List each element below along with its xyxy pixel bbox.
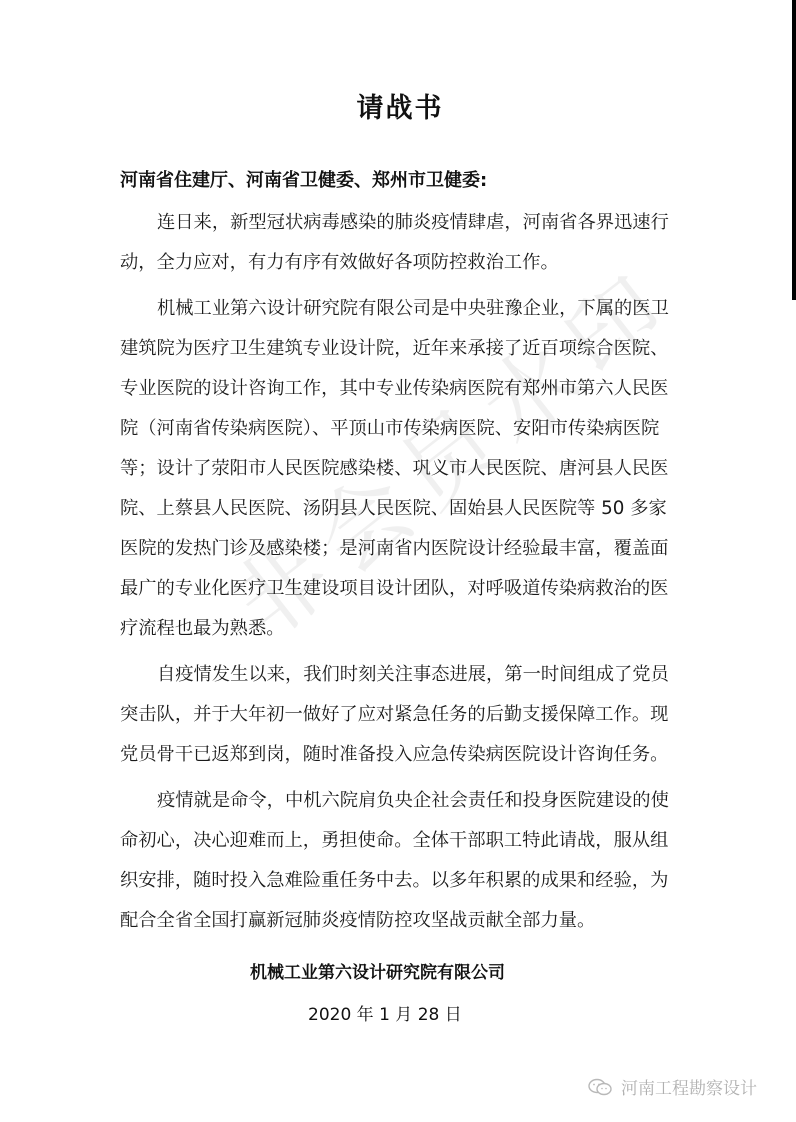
- text-line: 党员骨干已返郑到岗，随时准备投入应急传染病医院设计咨询任务。: [120, 735, 680, 775]
- text-line: 院（河南省传染病医院）、平顶山市传染病医院、安阳市传染病医院: [120, 409, 680, 449]
- text-line: 疗流程也最为熟悉。: [120, 609, 680, 649]
- text-line: 院、上蔡县人民医院、汤阴县人民医院、固始县人民医院等 50 多家: [120, 489, 680, 529]
- signature-date: 2020 年 1 月 28 日: [308, 1000, 462, 1025]
- paragraph-3: 自疫情发生以来，我们时刻关注事态进展，第一时间组成了党员 突击队，并于大年初一做…: [120, 655, 680, 775]
- text-line: 突击队，并于大年初一做好了应对紧急任务的后勤支援保障工作。现: [120, 695, 680, 735]
- text-line: 连日来，新型冠状病毒感染的肺炎疫情肆虐，河南省各界迅速行: [120, 203, 680, 243]
- paragraph-4: 疫情就是命令，中机六院肩负央企社会责任和投身医院建设的使 命初心，决心迎难而上，…: [120, 781, 680, 941]
- document-title: 请战书: [120, 86, 680, 125]
- text-line: 织安排，随时投入急难险重任务中去。以多年积累的成果和经验，为: [120, 861, 680, 901]
- text-line: 等；设计了荥阳市人民医院感染楼、巩义市人民医院、唐河县人民医: [120, 449, 680, 489]
- text-line: 专业医院的设计咨询工作，其中专业传染病医院有郑州市第六人民医: [120, 369, 680, 409]
- salutation: 河南省住建厅、河南省卫健委、郑州市卫健委:: [120, 166, 487, 192]
- letter-body: 连日来，新型冠状病毒感染的肺炎疫情肆虐，河南省各界迅速行 动，全力应对，有力有序…: [120, 203, 680, 947]
- text-line: 最广的专业化医疗卫生建设项目设计团队，对呼吸道传染病救治的医: [120, 569, 680, 609]
- source-account-name: 河南工程勘察设计: [621, 1074, 757, 1099]
- paragraph-1: 连日来，新型冠状病毒感染的肺炎疫情肆虐，河南省各界迅速行 动，全力应对，有力有序…: [120, 203, 680, 283]
- text-line: 建筑院为医疗卫生建筑专业设计院，近年来承接了近百项综合医院、: [120, 329, 680, 369]
- source-attribution: 河南工程勘察设计: [587, 1074, 757, 1099]
- text-line: 动，全力应对，有力有序有效做好各项防控救治工作。: [120, 243, 680, 283]
- text-line: 命初心，决心迎难而上，勇担使命。全体干部职工特此请战，服从组: [120, 821, 680, 861]
- image-edge-border: [792, 0, 796, 300]
- text-line: 机械工业第六设计研究院有限公司是中央驻豫企业，下属的医卫: [120, 289, 680, 329]
- wechat-icon: [587, 1077, 613, 1097]
- paragraph-2: 机械工业第六设计研究院有限公司是中央驻豫企业，下属的医卫 建筑院为医疗卫生建筑专…: [120, 289, 680, 649]
- signature-organization: 机械工业第六设计研究院有限公司: [250, 958, 505, 983]
- text-line: 自疫情发生以来，我们时刻关注事态进展，第一时间组成了党员: [120, 655, 680, 695]
- text-line: 疫情就是命令，中机六院肩负央企社会责任和投身医院建设的使: [120, 781, 680, 821]
- text-line: 配合全省全国打赢新冠肺炎疫情防控攻坚战贡献全部力量。: [120, 901, 680, 941]
- text-line: 医院的发热门诊及感染楼；是河南省内医院设计经验最丰富，覆盖面: [120, 529, 680, 569]
